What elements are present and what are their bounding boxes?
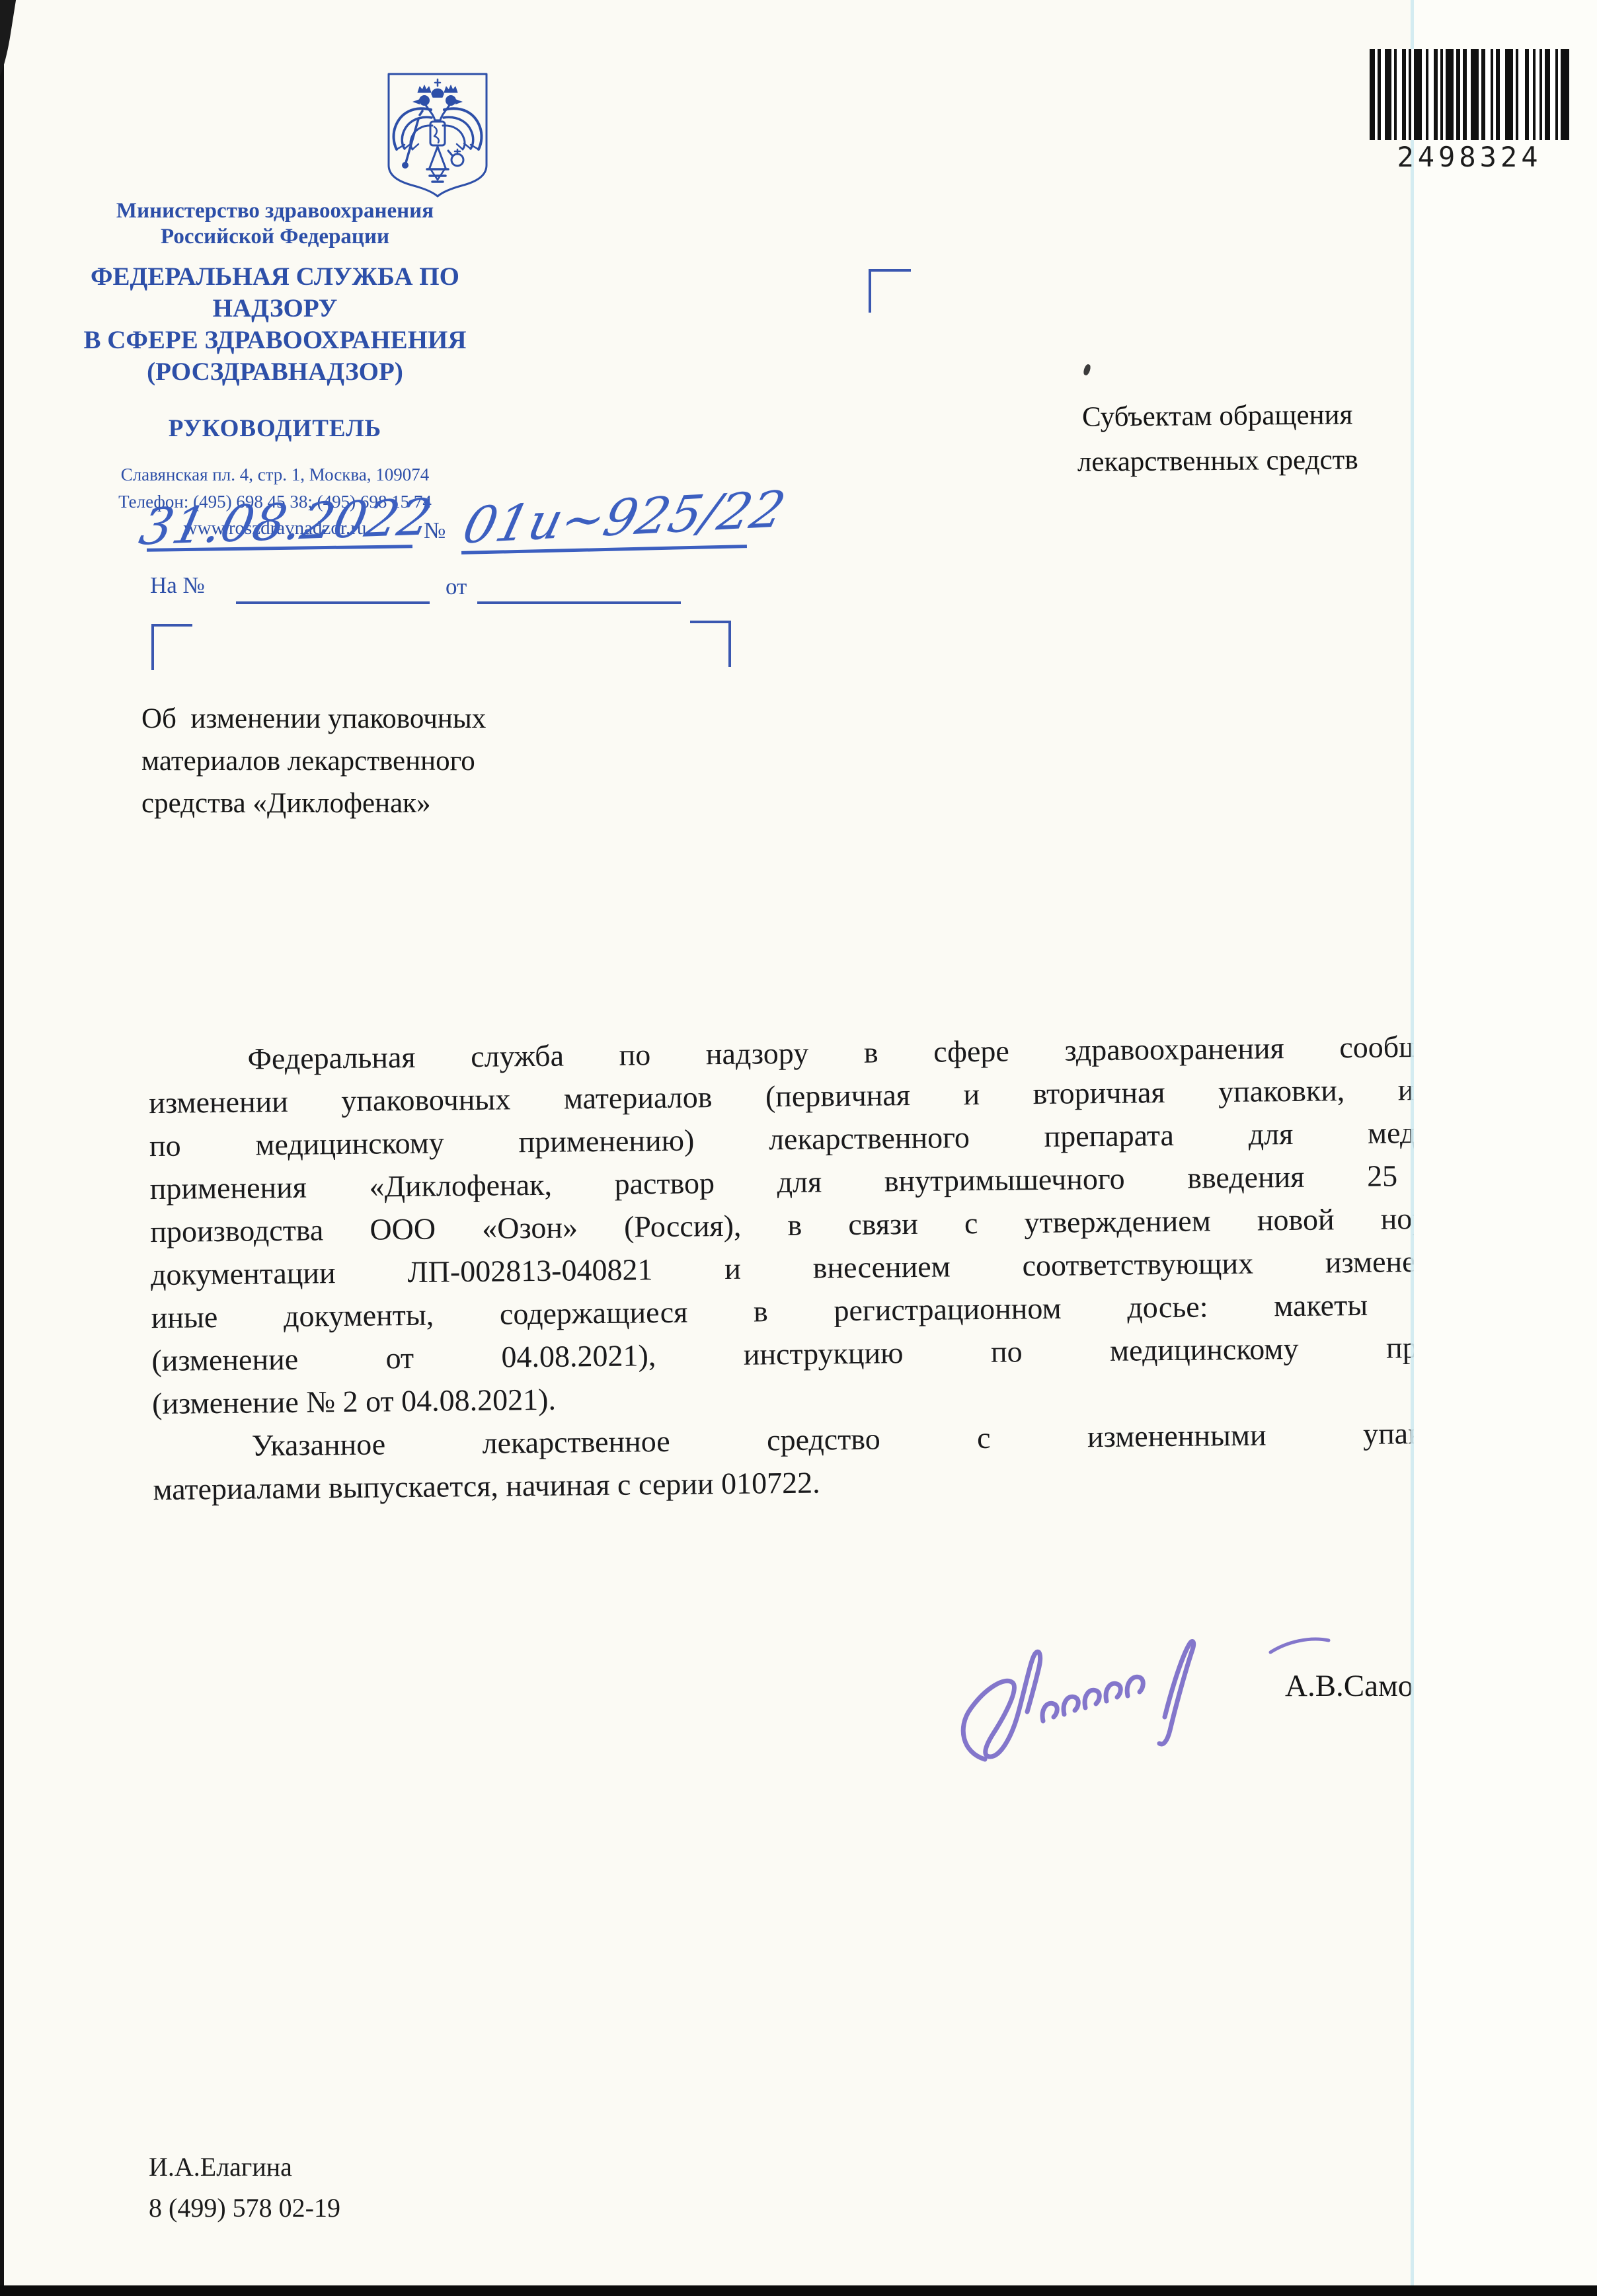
service-line-2: В СФЕРЕ ЗДРАВООХРАНЕНИЯ bbox=[54, 325, 496, 356]
subject-line-1: Об изменении упаковочных bbox=[141, 698, 604, 740]
barcode-bars-icon bbox=[1370, 49, 1569, 140]
subject-line-3: средства «Диклофенак» bbox=[141, 783, 604, 825]
subject-bracket-left-v bbox=[151, 624, 154, 670]
paper-right-strip bbox=[1414, 0, 1597, 2285]
service-line-3: (РОСЗДРАВНАДЗОР) bbox=[54, 356, 496, 388]
signature-ink-icon bbox=[947, 1580, 1343, 1798]
scanner-streak-line bbox=[1411, 0, 1414, 2285]
service-line-1: ФЕДЕРАЛЬНАЯ СЛУЖБА ПО НАДЗОРУ bbox=[54, 261, 496, 325]
outgoing-number-handwritten: 01и~925/22 bbox=[457, 480, 791, 555]
executor-name: И.А.Елагина bbox=[149, 2147, 340, 2188]
reply-number-blank-line bbox=[236, 601, 430, 604]
stray-ink-tick bbox=[1083, 364, 1092, 376]
outgoing-date-handwritten: 31.08.2022 bbox=[135, 487, 438, 556]
recipient-line-1: Субъектам обращения bbox=[978, 392, 1457, 441]
subject-bracket-right-v bbox=[728, 621, 731, 667]
registration-barcode: 2498324 bbox=[1370, 49, 1569, 173]
org-address: Славянская пл. 4, стр. 1, Москва, 109074 bbox=[54, 461, 496, 488]
russia-coat-of-arms-icon bbox=[382, 69, 493, 200]
letter-body: Федеральная служба по надзору в сфере зд… bbox=[148, 1024, 1553, 1511]
subject-block: Об изменении упаковочных материалов лека… bbox=[141, 698, 604, 825]
recipient-bracket-left-v bbox=[869, 269, 871, 313]
recipient-line-2: лекарственных средств bbox=[978, 437, 1458, 486]
scan-edge-bottom bbox=[0, 2285, 1597, 2296]
reply-date-blank-line bbox=[477, 601, 681, 604]
ministry-line-1: Министерство здравоохранения bbox=[54, 198, 496, 224]
reply-to-label: На № bbox=[150, 572, 205, 599]
executor-block: И.А.Елагина 8 (499) 578 02-19 bbox=[149, 2147, 340, 2229]
reply-from-label: от bbox=[446, 574, 467, 600]
executor-phone: 8 (499) 578 02-19 bbox=[149, 2188, 340, 2229]
scan-edge-left bbox=[0, 0, 4, 2296]
recipient-bracket-left-h bbox=[869, 269, 911, 272]
subject-line-2: материалов лекарственного bbox=[141, 740, 604, 783]
ministry-line-2: Российской Федерации bbox=[54, 224, 496, 250]
subject-bracket-right-h bbox=[690, 621, 731, 623]
recipient-block: Субъектам обращения лекарственных средст… bbox=[978, 392, 1457, 486]
scanned-letter-page: 2498324 bbox=[0, 0, 1597, 2296]
subject-bracket-left-h bbox=[151, 624, 192, 627]
barcode-number: 2498324 bbox=[1370, 141, 1569, 173]
position-title: РУКОВОДИТЕЛЬ bbox=[54, 414, 496, 443]
